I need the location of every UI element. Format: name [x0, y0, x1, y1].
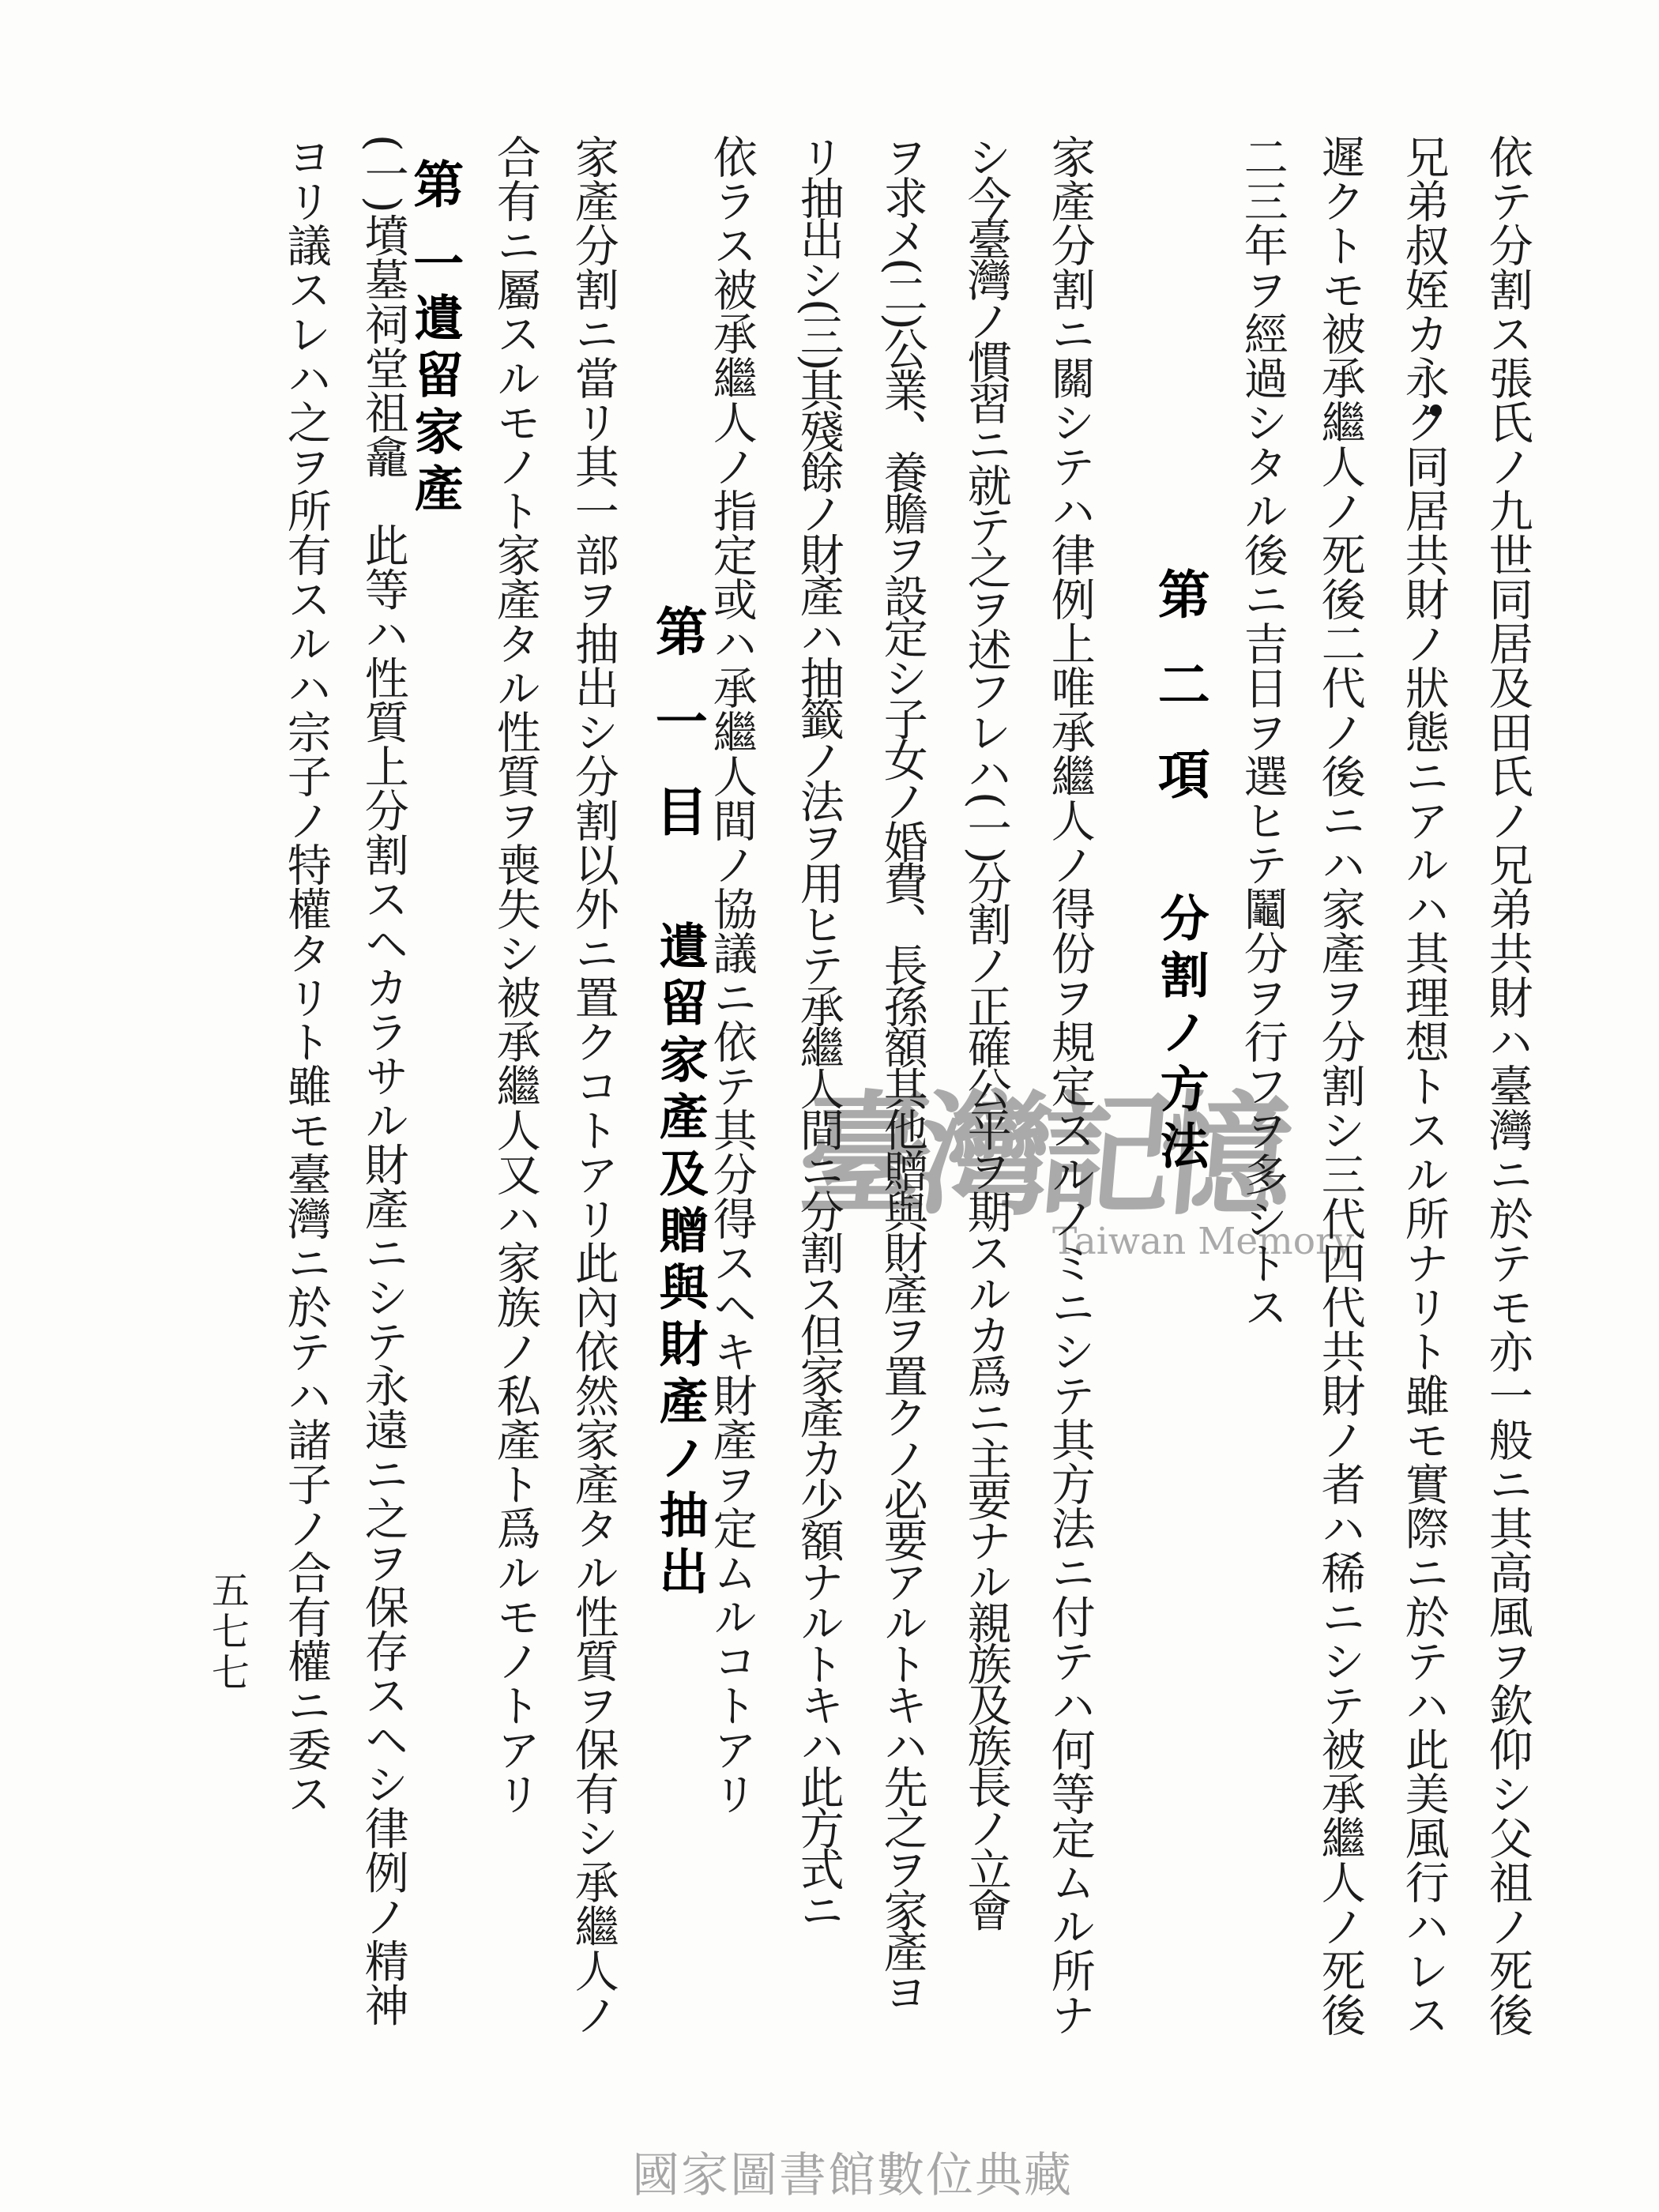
text-column-11: 合有ニ屬スルモノト家產タル性質ヲ喪失シ被承繼人又ハ家族ノ私產ト爲ルモノトアリ	[491, 134, 538, 1815]
text-column-6: シ今臺灣ノ慣習ニ就テ之ヲ述フレハ(一)分割ノ正確公平ヲ期スルカ爲ニ主要ナル親族及…	[962, 134, 1009, 1929]
text-column-3: 遲クトモ被承繼人ノ死後二代ノ後ニハ家產ヲ分割シ三代四代共財ノ者ハ稀ニシテ被承繼人…	[1316, 134, 1363, 2037]
text-column-12: (一)墳墓祠堂祖龕 此等ハ性質上分割スヘカラサル財產ニシテ永遠ニ之ヲ保存スヘシ律…	[359, 134, 406, 2027]
text-column-5: 家產分割ニ關シテハ律例上唯承繼人ノ得份ヲ規定スルノミニシテ其方法ニ付テハ何等定ム…	[1046, 134, 1093, 2037]
page-number: 五七七	[207, 1571, 246, 1694]
scanned-page: 臺灣記憶 Taiwan Memory 依テ分割ス張氏ノ九世同居及田氏ノ兄弟共財ハ…	[0, 0, 1659, 2212]
section-heading-label: 第二項	[1152, 567, 1206, 837]
text-column-9: 依ラス被承繼人ノ指定或ハ承繼人間ノ協議ニ依テ其分得スヘキ財產ヲ定ムルコトアリ	[708, 134, 754, 1815]
text-column-10: 家產分割ニ當リ其一部ヲ抽出シ分割以外ニ置クコトアリ此內依然家產タル性質ヲ保有シ承…	[570, 134, 616, 2037]
text-column-8: リ抽出シ(三)其殘餘ノ財產ハ抽籤ノ法ヲ用ヒテ承繼人間ニ分割ス但家產カ少額ナルトキ…	[795, 134, 841, 1929]
text-column-7: ヲ求メ(二)公業、養贍ヲ設定シ子女ノ婚費、長孫額其他贈與財產ヲ置クノ必要アルトキ…	[878, 134, 925, 2011]
emphasis-dot	[1430, 404, 1442, 416]
text-column-4: 二三年ヲ經過シタル後ニ吉日ヲ選ヒテ鬮分ヲ行フヲ多シトス	[1239, 134, 1285, 1329]
text-column-13: ヨリ議スレハ之ヲ所有スルハ宗子ノ特權タリト雖モ臺灣ニ於テハ諸子ノ合有權ニ委ス	[282, 134, 329, 1815]
text-column-2: 兄弟叔姪カ永ク同居共財ノ狀態ニアルハ其理想トスル所ナリト雖モ實際ニ於テハ此美風行…	[1400, 134, 1446, 2037]
item-heading-title: 遺留家產	[409, 292, 461, 520]
subsection-heading-label: 第一目	[649, 604, 704, 875]
text-block: 依テ分割ス張氏ノ九世同居及田氏ノ兄弟共財ハ臺灣ニ於テモ亦一般ニ其高風ヲ欽仰シ父祖…	[0, 0, 1659, 2212]
footer-archive-label: 國家圖書館數位典藏	[632, 2152, 1073, 2199]
section-heading-title: 分割ノ方法	[1155, 893, 1206, 1177]
subsection-heading-title: 遺留家產及贈與財產ノ抽出	[654, 920, 705, 1603]
text-column-1: 依テ分割ス張氏ノ九世同居及田氏ノ兄弟共財ハ臺灣ニ於テモ亦一般ニ其高風ヲ欽仰シ父祖…	[1484, 134, 1530, 2037]
